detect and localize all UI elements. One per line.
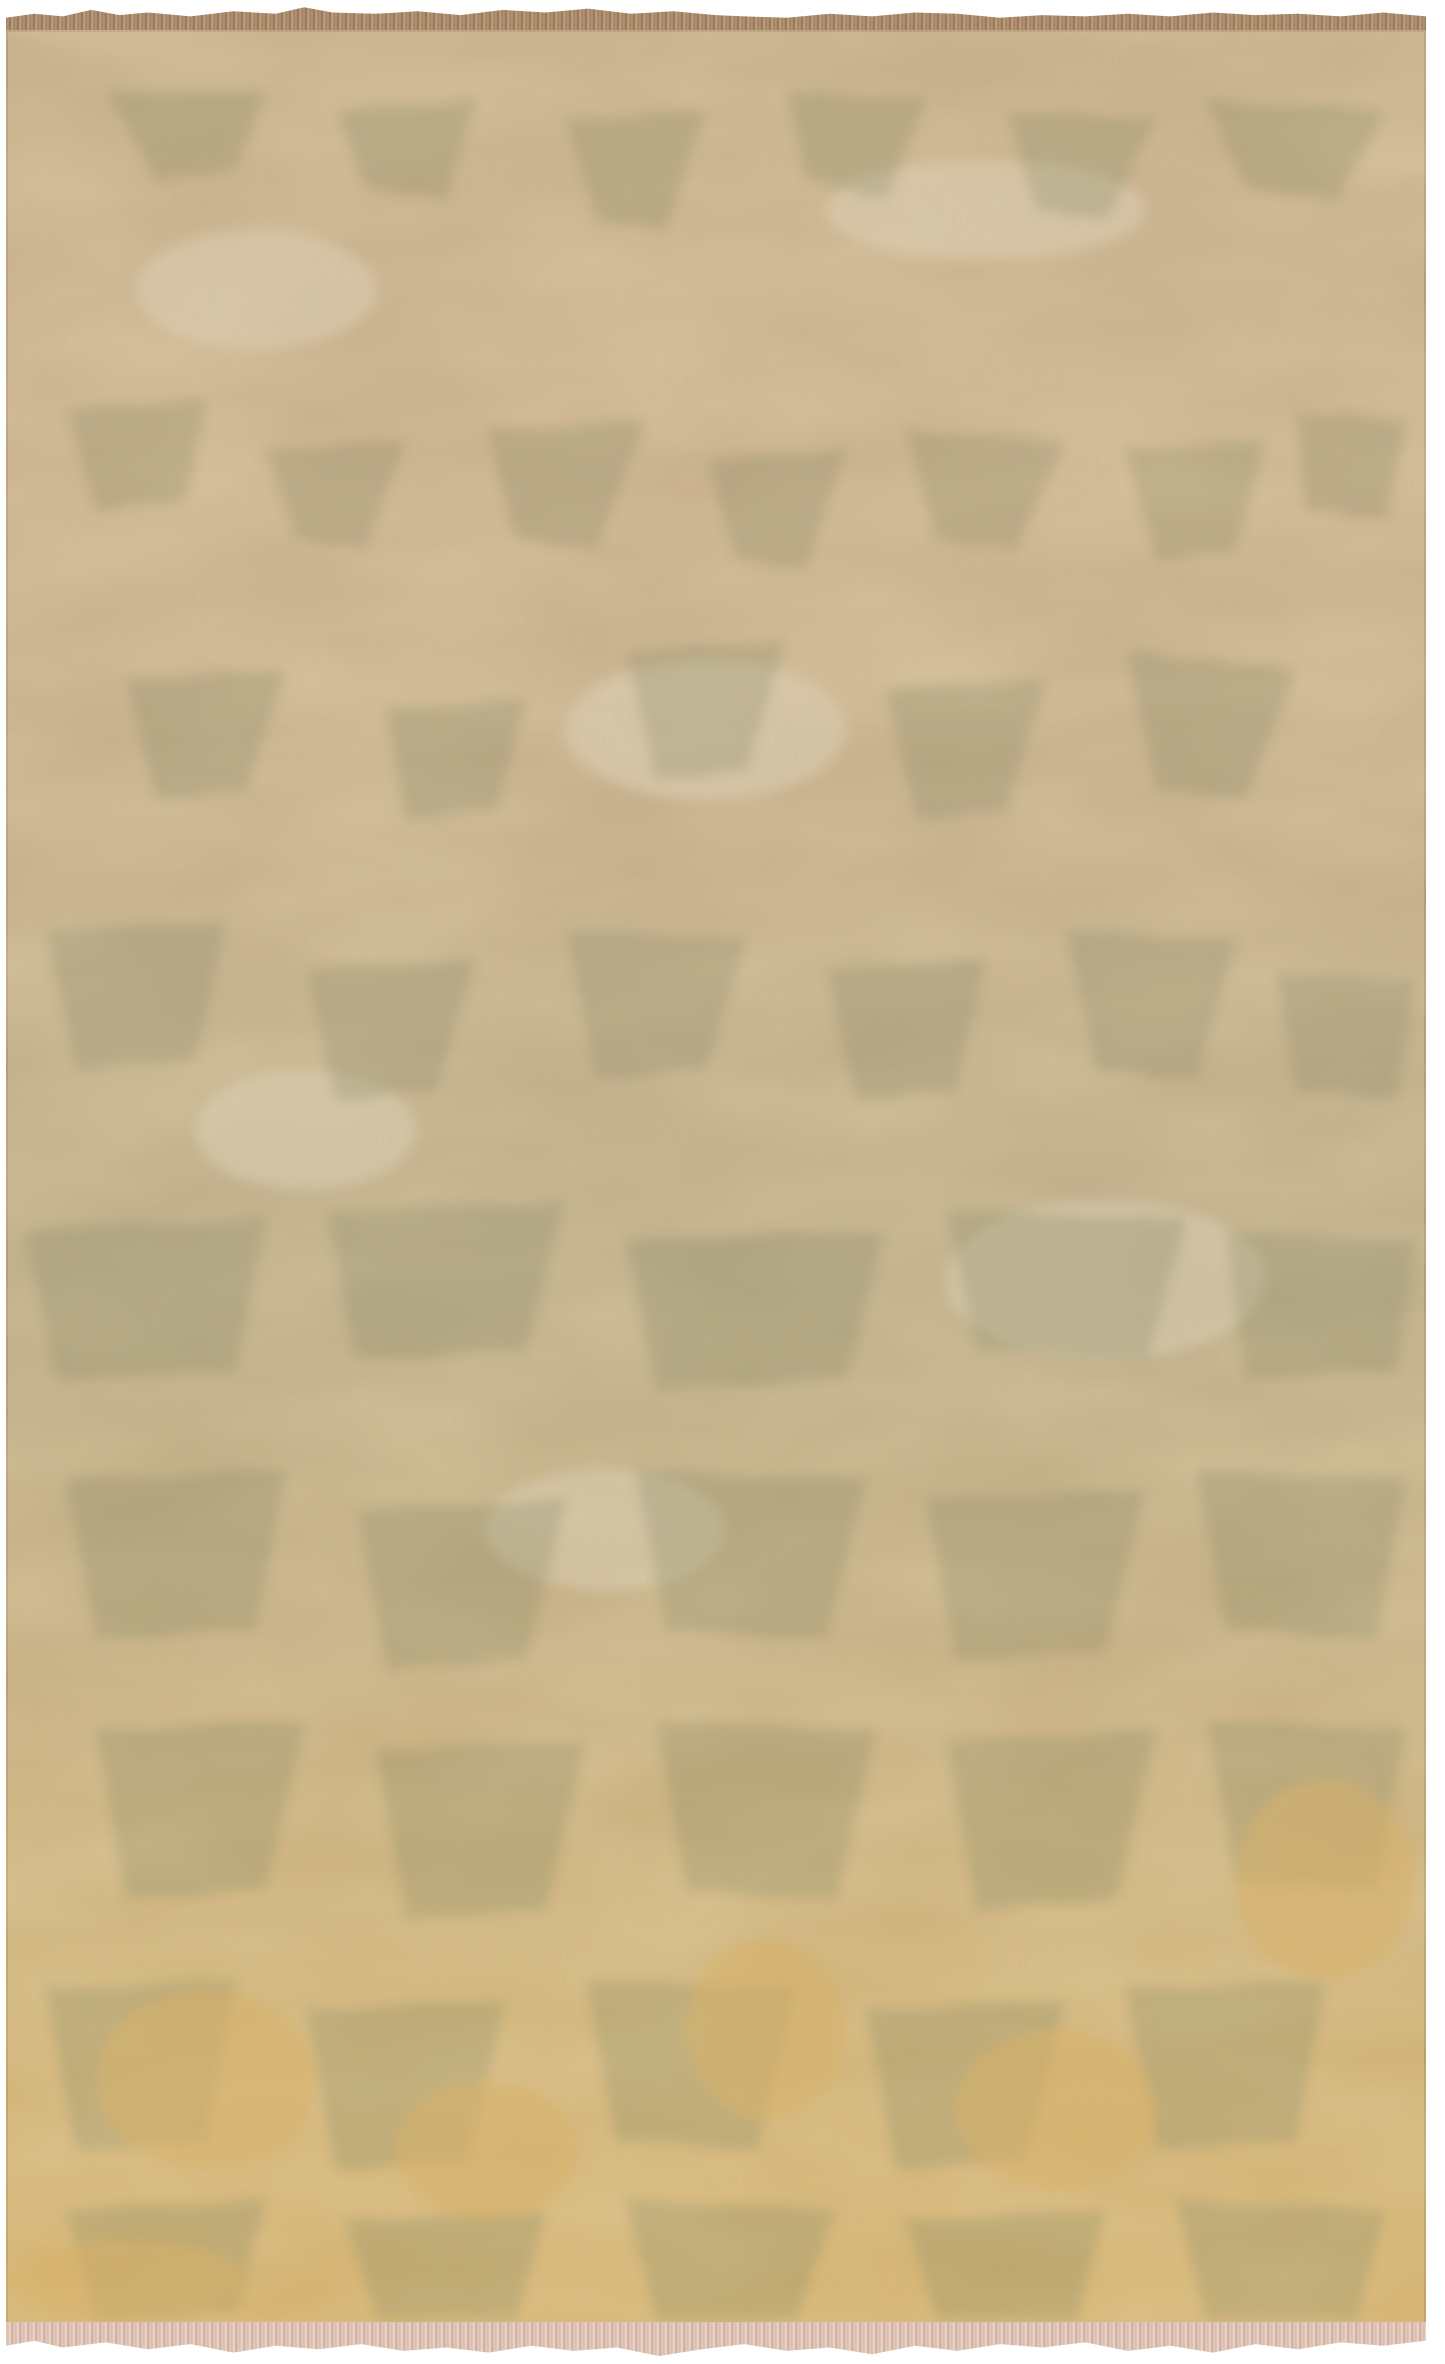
rug-pattern bbox=[6, 30, 1426, 2326]
rug-field bbox=[6, 30, 1426, 2326]
top-fringe bbox=[6, 6, 1426, 32]
bottom-fringe bbox=[6, 2322, 1426, 2356]
product-photo bbox=[0, 0, 1445, 2364]
